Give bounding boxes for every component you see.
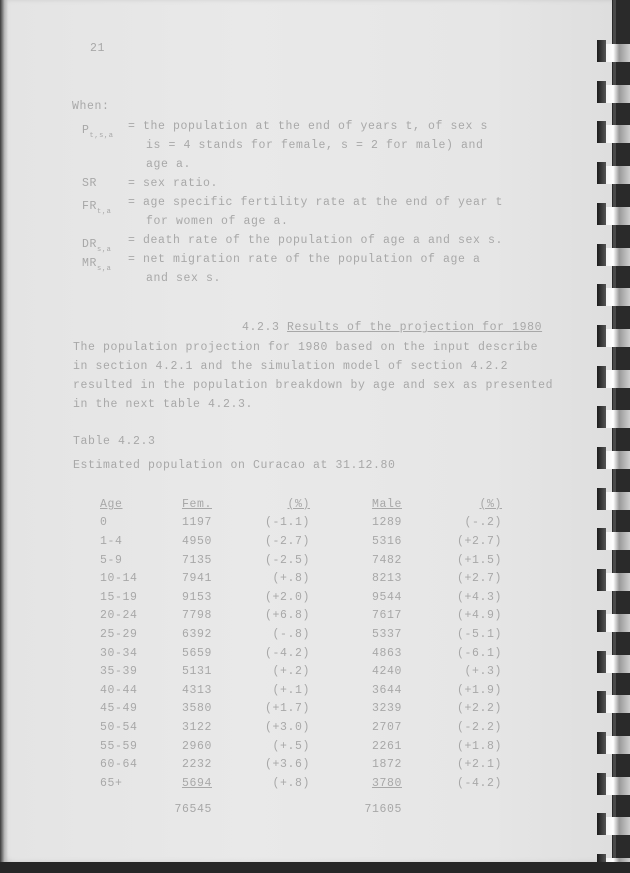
cell-fem: 3580: [152, 700, 212, 719]
definition-2: FRt,a: [82, 196, 111, 216]
cell-fem-pct: (+.8): [212, 569, 310, 588]
binding-ring: [597, 447, 630, 469]
definition-cont-0-1: age a.: [146, 158, 191, 171]
cell-fem-pct: (+.1): [212, 681, 310, 700]
binding-ring: [597, 81, 630, 103]
cell-fem: 1197: [152, 514, 212, 533]
cell-age: 60-64: [100, 755, 152, 774]
table-row: 10-147941(+.8)8213(+2.7): [100, 569, 502, 588]
binding-ring: [597, 732, 630, 754]
binding-ring: [597, 366, 630, 388]
definition-symbol: FR: [82, 200, 97, 213]
table-caption: Estimated population on Curacao at 31.12…: [73, 459, 396, 472]
definition-symbol-1: SR: [82, 177, 97, 190]
paragraph-line-1: in section 4.2.1 and the simulation mode…: [73, 360, 508, 373]
table-row: 1-44950(-2.7)5316(+2.7): [100, 532, 502, 551]
scan-background: [0, 862, 630, 873]
cell-fem: 5694: [152, 774, 212, 793]
cell-male-pct: (+4.3): [402, 588, 502, 607]
table-header-row: Age Fem. (%) Male (%): [100, 495, 502, 514]
cell-male: 3780: [310, 774, 402, 793]
definition-text-4: = net migration rate of the population o…: [128, 253, 481, 266]
cell-age: 20-24: [100, 607, 152, 626]
cell-age: 30-34: [100, 644, 152, 663]
cell-male: 7617: [310, 607, 402, 626]
definition-subscript: t,s,a: [90, 132, 114, 140]
table-row: 01197(-1.1)1289(-.2): [100, 514, 502, 533]
cell-male-pct: (-6.1): [402, 644, 502, 663]
binding-ring: [597, 528, 630, 550]
binding-ring: [597, 569, 630, 591]
header-age: Age: [100, 495, 152, 514]
cell-fem-pct: (-4.2): [212, 644, 310, 663]
definition-0: Pt,s,a: [82, 120, 114, 140]
cell-fem-pct: (-.8): [212, 625, 310, 644]
cell-fem-pct: (+3.0): [212, 718, 310, 737]
cell-fem-pct: (-1.1): [212, 514, 310, 533]
cell-male: 9544: [310, 588, 402, 607]
table-row: 45-493580(+1.7)3239(+2.2): [100, 700, 502, 719]
cell-age: 25-29: [100, 625, 152, 644]
cell-fem-pct: (-2.7): [212, 532, 310, 551]
population-table: Age Fem. (%) Male (%) 01197(-1.1)1289(-.…: [100, 495, 502, 819]
cell-male: 5337: [310, 625, 402, 644]
cell-fem-pct: (+2.0): [212, 588, 310, 607]
header-fem-pct: (%): [212, 495, 310, 514]
definition-symbol: MR: [82, 257, 97, 270]
binding-ring: [597, 773, 630, 795]
table-row: 5-97135(-2.5)7482(+1.5): [100, 551, 502, 570]
definition-text-1: = sex ratio.: [128, 177, 218, 190]
cell-age: 50-54: [100, 718, 152, 737]
cell-age: 10-14: [100, 569, 152, 588]
cell-age: 0: [100, 514, 152, 533]
header-male: Male: [310, 495, 402, 514]
cell-fem: 4313: [152, 681, 212, 700]
cell-male: 3239: [310, 700, 402, 719]
cell-male-pct: (-.2): [402, 514, 502, 533]
cell-male-pct: (+2.1): [402, 755, 502, 774]
cell-fem-pct: (+.2): [212, 662, 310, 681]
cell-male: 4863: [310, 644, 402, 663]
document-page: 21 When: Pt,s,a = the population at the …: [0, 0, 612, 862]
definition-text-2: = age specific fertility rate at the end…: [128, 196, 503, 209]
cell-fem-pct: (+.5): [212, 737, 310, 756]
cell-age: 40-44: [100, 681, 152, 700]
cell-male-pct: (+2.7): [402, 569, 502, 588]
table-row: 65+5694(+.8)3780(-4.2): [100, 774, 502, 793]
binding-ring: [597, 325, 630, 347]
header-male-pct: (%): [402, 495, 502, 514]
binding-ring: [597, 162, 630, 184]
definition-text-3: = death rate of the population of age a …: [128, 234, 503, 247]
paragraph-line-2: resulted in the population breakdown by …: [73, 379, 553, 392]
table-total-row: 7654571605: [100, 793, 502, 820]
total-cell-male-pct: [402, 793, 502, 820]
cell-male: 2707: [310, 718, 402, 737]
cell-male: 4240: [310, 662, 402, 681]
section-number: 4.2.3: [242, 321, 280, 334]
cell-fem: 2960: [152, 737, 212, 756]
cell-fem-pct: (+6.8): [212, 607, 310, 626]
cell-fem-pct: (+.8): [212, 774, 310, 793]
table-row: 25-296392(-.8)5337(-5.1): [100, 625, 502, 644]
binding-ring: [597, 488, 630, 510]
cell-male-pct: (-2.2): [402, 718, 502, 737]
section-title: Results of the projection for 1980: [287, 321, 542, 334]
table-row: 35-395131(+.2)4240(+.3): [100, 662, 502, 681]
table-row: 30-345659(-4.2)4863(-6.1): [100, 644, 502, 663]
cell-male-pct: (+2.2): [402, 700, 502, 719]
intro-label: When:: [72, 100, 110, 113]
cell-male-pct: (+1.5): [402, 551, 502, 570]
paragraph-line-0: The population projection for 1980 based…: [73, 341, 538, 354]
cell-age: 15-19: [100, 588, 152, 607]
page-number: 21: [90, 42, 105, 55]
cell-age: 55-59: [100, 737, 152, 756]
cell-male: 1289: [310, 514, 402, 533]
binding-ring: [597, 284, 630, 306]
table-row: 50-543122(+3.0)2707(-2.2): [100, 718, 502, 737]
table-row: 40-444313(+.1)3644(+1.9): [100, 681, 502, 700]
definition-4: MRs,a: [82, 253, 111, 273]
cell-male: 7482: [310, 551, 402, 570]
table-row: 20-247798(+6.8)7617(+4.9): [100, 607, 502, 626]
cell-male: 5316: [310, 532, 402, 551]
binding-ring: [597, 121, 630, 143]
cell-male-pct: (-5.1): [402, 625, 502, 644]
cell-age: 5-9: [100, 551, 152, 570]
total-cell-age: [100, 793, 152, 820]
cell-fem: 2232: [152, 755, 212, 774]
table-row: 60-642232(+3.6)1872(+2.1): [100, 755, 502, 774]
definition-subscript: t,a: [97, 208, 111, 216]
definition-text-0: = the population at the end of years t, …: [128, 120, 488, 133]
binding-ring: [597, 610, 630, 632]
definition-cont-2-0: for women of age a.: [146, 215, 289, 228]
cell-male: 8213: [310, 569, 402, 588]
total-cell-fem: 76545: [152, 793, 212, 820]
cell-male-pct: (+4.9): [402, 607, 502, 626]
binding-ring: [597, 244, 630, 266]
cell-age: 45-49: [100, 700, 152, 719]
definition-symbol: P: [82, 124, 90, 137]
definition-3: DRs,a: [82, 234, 111, 254]
cell-fem: 7941: [152, 569, 212, 588]
cell-fem: 9153: [152, 588, 212, 607]
cell-fem: 3122: [152, 718, 212, 737]
cell-age: 35-39: [100, 662, 152, 681]
definition-subscript: s,a: [97, 265, 111, 273]
cell-male-pct: (+.3): [402, 662, 502, 681]
definition-symbol: DR: [82, 238, 97, 251]
table-row: 15-199153(+2.0)9544(+4.3): [100, 588, 502, 607]
binding-ring: [597, 813, 630, 835]
cell-age: 65+: [100, 774, 152, 793]
definition-cont-0-0: is = 4 stands for female, s = 2 for male…: [146, 139, 484, 152]
cell-age: 1-4: [100, 532, 152, 551]
cell-male-pct: (-4.2): [402, 774, 502, 793]
cell-fem: 7135: [152, 551, 212, 570]
table-label: Table 4.2.3: [73, 435, 156, 448]
table-row: 55-592960(+.5)2261(+1.8): [100, 737, 502, 756]
cell-fem: 6392: [152, 625, 212, 644]
binding-ring: [597, 406, 630, 428]
cell-male: 1872: [310, 755, 402, 774]
total-cell-male: 71605: [310, 793, 402, 820]
binding-ring: [597, 691, 630, 713]
binding-ring: [597, 651, 630, 673]
cell-fem: 5659: [152, 644, 212, 663]
cell-male-pct: (+1.8): [402, 737, 502, 756]
header-fem: Fem.: [152, 495, 212, 514]
cell-fem: 7798: [152, 607, 212, 626]
cell-male: 3644: [310, 681, 402, 700]
cell-fem-pct: (-2.5): [212, 551, 310, 570]
definition-cont-4-0: and sex s.: [146, 272, 221, 285]
cell-fem: 4950: [152, 532, 212, 551]
paragraph-line-3: in the next table 4.2.3.: [73, 398, 253, 411]
cell-fem-pct: (+1.7): [212, 700, 310, 719]
cell-male: 2261: [310, 737, 402, 756]
binding-ring: [597, 40, 630, 62]
binding-ring: [597, 203, 630, 225]
cell-male-pct: (+1.9): [402, 681, 502, 700]
total-cell-fem-pct: [212, 793, 310, 820]
cell-fem: 5131: [152, 662, 212, 681]
cell-fem-pct: (+3.6): [212, 755, 310, 774]
cell-male-pct: (+2.7): [402, 532, 502, 551]
